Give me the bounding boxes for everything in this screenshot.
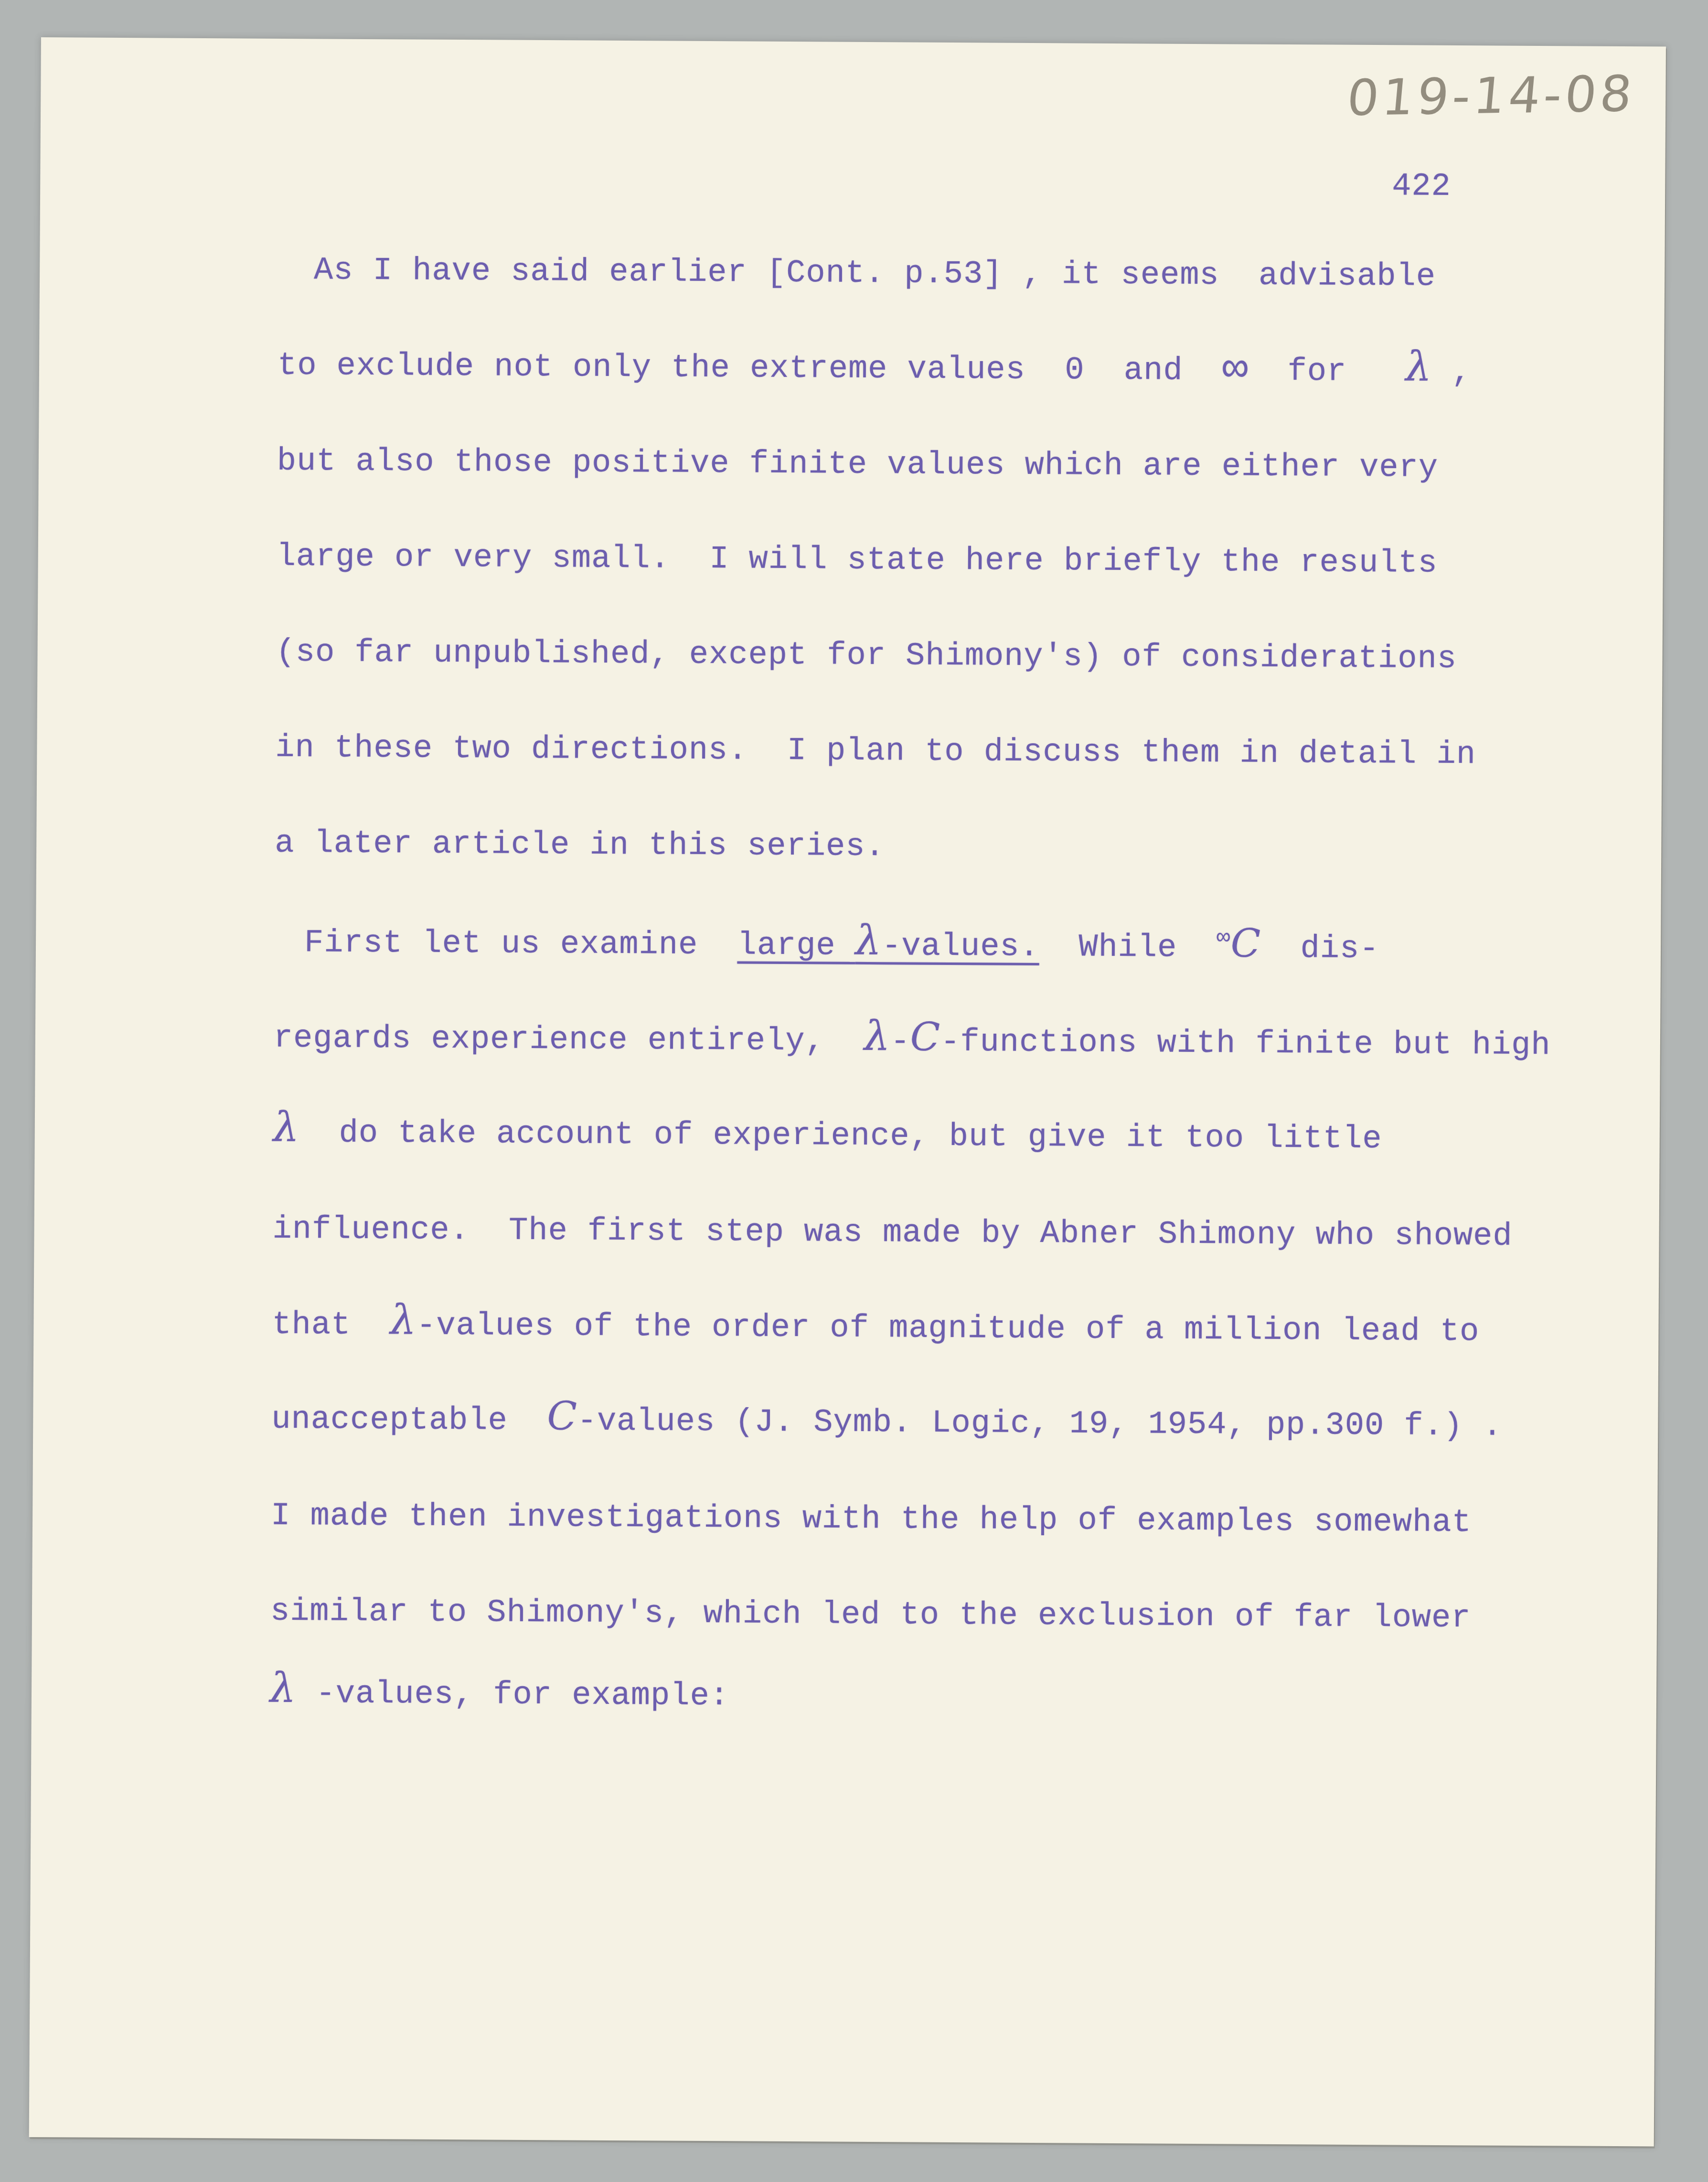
typed-line: I made then investigations with the help… — [271, 1497, 1472, 1542]
text-segment: (so far unpublished, except for Shimony'… — [276, 634, 1457, 677]
text-segment: -values, for example: — [296, 1676, 729, 1714]
text-segment: do take account of experience, but give … — [299, 1115, 1382, 1157]
text-segment: to exclude not only the extreme values 0… — [278, 348, 1222, 389]
script-c-symbol: C — [910, 1015, 940, 1060]
text-segment: regards experience entirely, — [274, 1020, 865, 1060]
typed-line: First let us examine large λ-values. Whi… — [304, 924, 1379, 968]
typed-line: a later article in this series. — [275, 825, 885, 866]
text-segment: a later article in this series. — [275, 825, 885, 865]
text-segment: As I have said earlier [Cont. p.53] , it… — [314, 252, 1436, 295]
lambda-symbol: λ — [270, 1664, 297, 1712]
typed-line: (so far unpublished, except for Shimony'… — [276, 634, 1457, 678]
text-segment: in these two directions. I plan to discu… — [275, 730, 1476, 773]
text-segment: but also those positive finite values wh… — [277, 443, 1439, 486]
text-segment: -values. — [882, 928, 1039, 965]
text-segment: -functions with finite but high — [940, 1024, 1551, 1064]
typed-line: similar to Shimony's, which led to the e… — [270, 1593, 1471, 1638]
text-segment: -values of the order of magnitude of a m… — [416, 1308, 1480, 1350]
text-segment: similar to Shimony's, which led to the e… — [270, 1594, 1471, 1636]
lambda-symbol: λ — [273, 1103, 300, 1151]
text-segment: I made then investigations with the help… — [271, 1498, 1472, 1541]
typed-line: that λ-values of the order of magnitude … — [272, 1306, 1479, 1351]
text-segment: that — [272, 1307, 390, 1344]
typed-line: large or very small. I will state here b… — [277, 538, 1438, 583]
page-number: 422 — [1392, 168, 1451, 205]
text-segment: influence. The first step was made by Ab… — [272, 1211, 1512, 1255]
typed-line: λ -values, for example: — [270, 1675, 729, 1716]
superscript-infinity-symbol: ∞ — [1217, 925, 1231, 951]
typed-line: in these two directions. I plan to discu… — [275, 729, 1476, 774]
text-segment: , — [1432, 354, 1472, 391]
typescript-page: 019-14-08 422 As I have said earlier [Co… — [29, 37, 1666, 2147]
typed-line: influence. The first step was made by Ab… — [272, 1211, 1512, 1256]
text-segment: large or very small. I will state here b… — [277, 539, 1438, 582]
typed-line: regards experience entirely, λ-C-functio… — [274, 1020, 1551, 1065]
lambda-symbol: λ — [864, 1012, 891, 1060]
underlined-phrase: large λ-values. — [737, 927, 1039, 965]
lambda-symbol: λ — [390, 1296, 417, 1344]
text-segment: First let us examine — [304, 925, 737, 963]
lambda-symbol: λ — [855, 917, 882, 964]
text-segment: unacceptable — [271, 1401, 547, 1439]
text-segment: -values (J. Symb. Logic, 19, 1954, pp.30… — [577, 1403, 1503, 1445]
typed-line: unacceptable C-values (J. Symb. Logic, 1… — [271, 1401, 1503, 1446]
scan-background: 019-14-08 422 As I have said earlier [Co… — [0, 0, 1708, 2182]
typed-line: λ do take account of experience, but giv… — [273, 1114, 1382, 1158]
typed-text-block: As I have said earlier [Cont. p.53] , it… — [41, 37, 1666, 47]
infinity-symbol: ∞ — [1222, 346, 1249, 395]
script-c-symbol: C — [547, 1393, 577, 1439]
lambda-symbol: λ — [1406, 342, 1432, 390]
text-segment: While — [1039, 929, 1217, 966]
text-segment: - — [890, 1024, 910, 1060]
script-c-symbol: C — [1230, 920, 1261, 966]
typed-line: but also those positive finite values wh… — [277, 443, 1439, 487]
text-segment: large — [737, 927, 855, 964]
typed-line: to exclude not only the extreme values 0… — [278, 347, 1472, 392]
archive-code-handwritten: 019-14-08 — [1345, 64, 1637, 127]
typed-line: As I have said earlier [Cont. p.53] , it… — [314, 252, 1436, 296]
text-segment: for — [1248, 353, 1406, 391]
text-segment: dis- — [1261, 931, 1379, 967]
